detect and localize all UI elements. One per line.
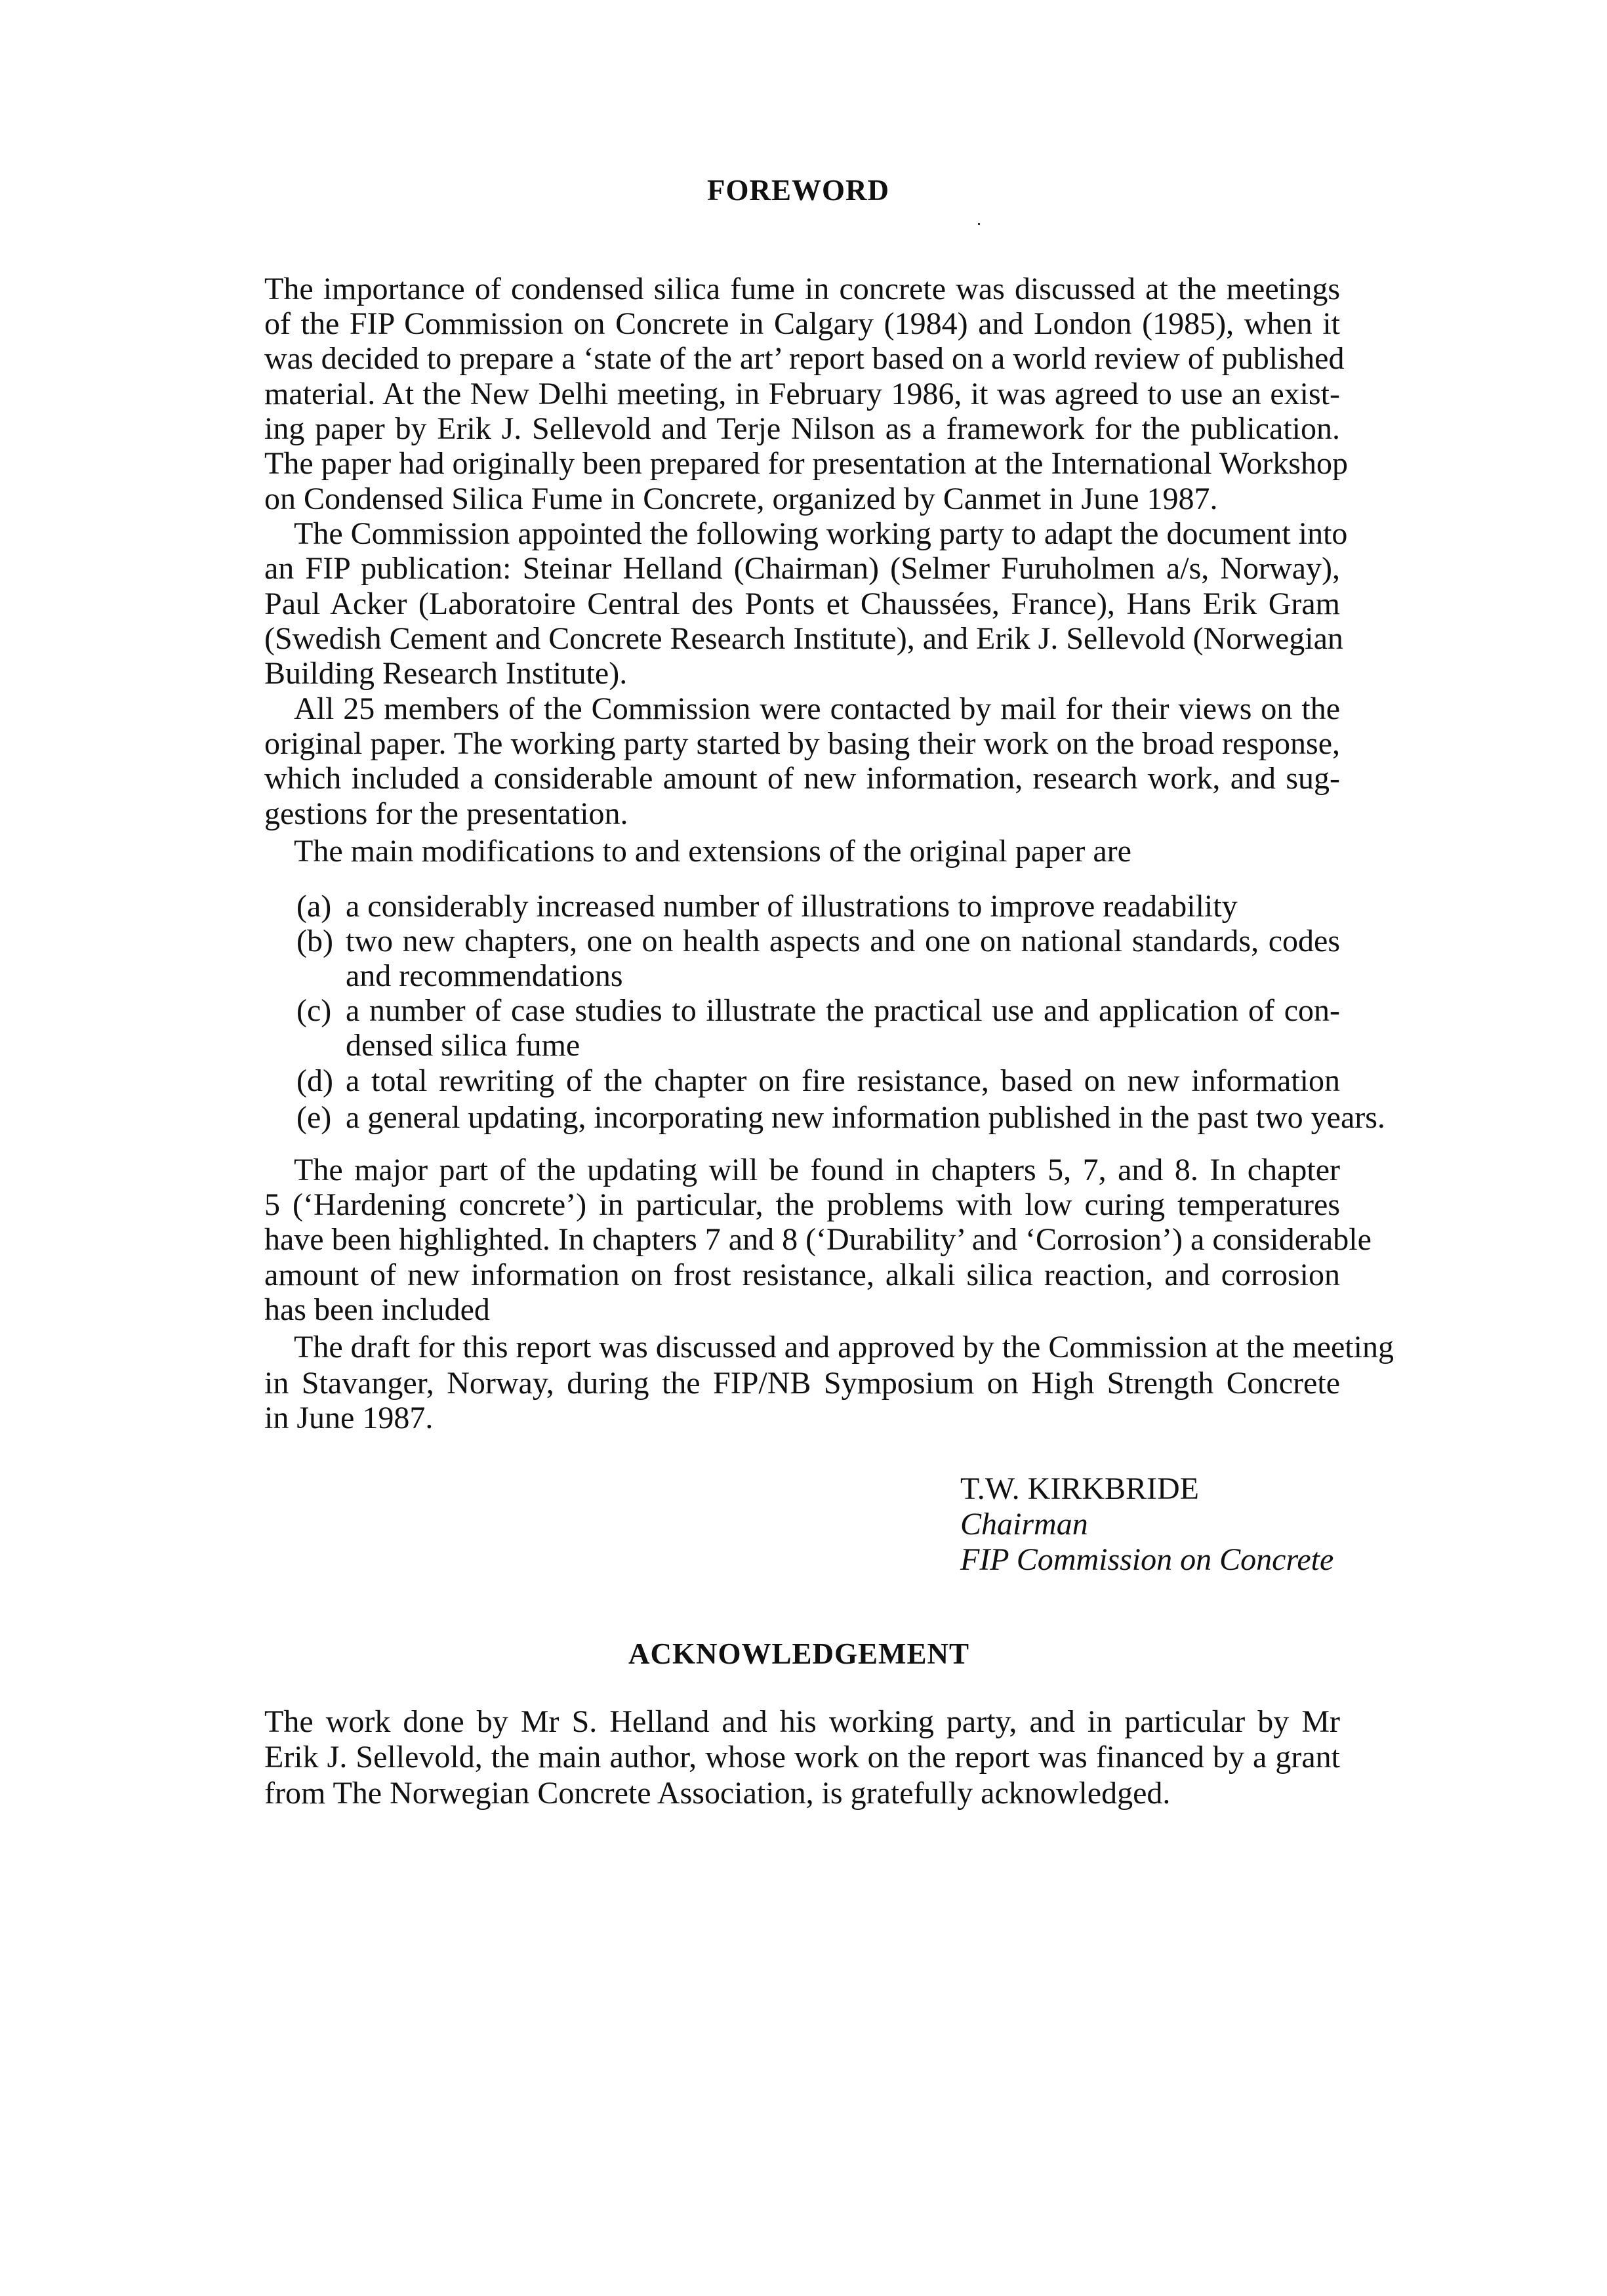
text-line: original paper. The working party starte… — [264, 728, 1340, 760]
list-text: two new chapters, one on health aspects … — [346, 926, 1340, 957]
list-label: (b) — [296, 926, 333, 957]
list-label: (a) — [296, 891, 331, 922]
list-label: (c) — [296, 995, 331, 1027]
text-line: The draft for this report was discussed … — [294, 1332, 1340, 1363]
text-line: Paul Acker (Laboratoire Central des Pont… — [264, 588, 1340, 620]
text-line: The work done by Mr S. Helland and his w… — [264, 1706, 1340, 1738]
text-line: gestions for the presentation. — [264, 798, 1340, 830]
text-line: was decided to prepare a ‘state of the a… — [264, 343, 1340, 375]
text-line: 5 (‘Hardening concrete’) in particular, … — [264, 1189, 1340, 1221]
text-line: Building Research Institute). — [264, 658, 1340, 689]
foreword-title: FOREWORD — [707, 176, 889, 205]
signatory-role: Chairman — [960, 1509, 1088, 1540]
text-line: ing paper by Erik J. Sellevold and Terje… — [264, 413, 1340, 445]
list-text: a total rewriting of the chapter on fire… — [346, 1065, 1340, 1097]
list-text: a general updating, incorporating new in… — [346, 1102, 1340, 1134]
text-line: in Stavanger, Norway, during the FIP/NB … — [264, 1368, 1340, 1399]
text-line: The major part of the updating will be f… — [294, 1155, 1340, 1186]
text-line: amount of new information on frost resis… — [264, 1260, 1340, 1291]
text-line: The main modifications to and extensions… — [294, 836, 1340, 867]
acknowledgement-title: ACKNOWLEDGEMENT — [628, 1639, 969, 1669]
list-text: a considerably increased number of illus… — [346, 891, 1340, 922]
text-line: have been highlighted. In chapters 7 and… — [264, 1224, 1340, 1256]
text-line: of the FIP Commission on Concrete in Cal… — [264, 308, 1340, 340]
text-line: material. At the New Delhi meeting, in F… — [264, 379, 1340, 410]
list-text: densed silica fume — [346, 1030, 1340, 1061]
document-page: FOREWORD The importance of condensed sil… — [0, 0, 1607, 2296]
text-line: from The Norwegian Concrete Association,… — [264, 1778, 1340, 1809]
list-text: and recommendations — [346, 960, 1340, 992]
text-line: on Condensed Silica Fume in Concrete, or… — [264, 483, 1340, 515]
signatory-name: T.W. KIRKBRIDE — [960, 1473, 1199, 1505]
list-text: a number of case studies to illustrate t… — [346, 995, 1340, 1027]
text-line: an FIP publication: Steinar Helland (Cha… — [264, 553, 1340, 584]
list-label: (d) — [296, 1065, 333, 1097]
text-line: (Swedish Cement and Concrete Research In… — [264, 623, 1340, 655]
text-line: The paper had originally been prepared f… — [264, 448, 1340, 480]
scan-speck — [978, 223, 980, 225]
text-line: Erik J. Sellevold, the main author, whos… — [264, 1742, 1340, 1773]
text-line: The Commission appointed the following w… — [294, 518, 1340, 550]
list-label: (e) — [296, 1102, 331, 1134]
text-line: which included a considerable amount of … — [264, 763, 1340, 794]
text-line: All 25 members of the Commission were co… — [294, 693, 1340, 725]
text-line: in June 1987. — [264, 1403, 1340, 1434]
text-line: has been included — [264, 1294, 1340, 1326]
signatory-organization: FIP Commission on Concrete — [960, 1544, 1333, 1576]
text-line: The importance of condensed silica fume … — [264, 274, 1340, 305]
